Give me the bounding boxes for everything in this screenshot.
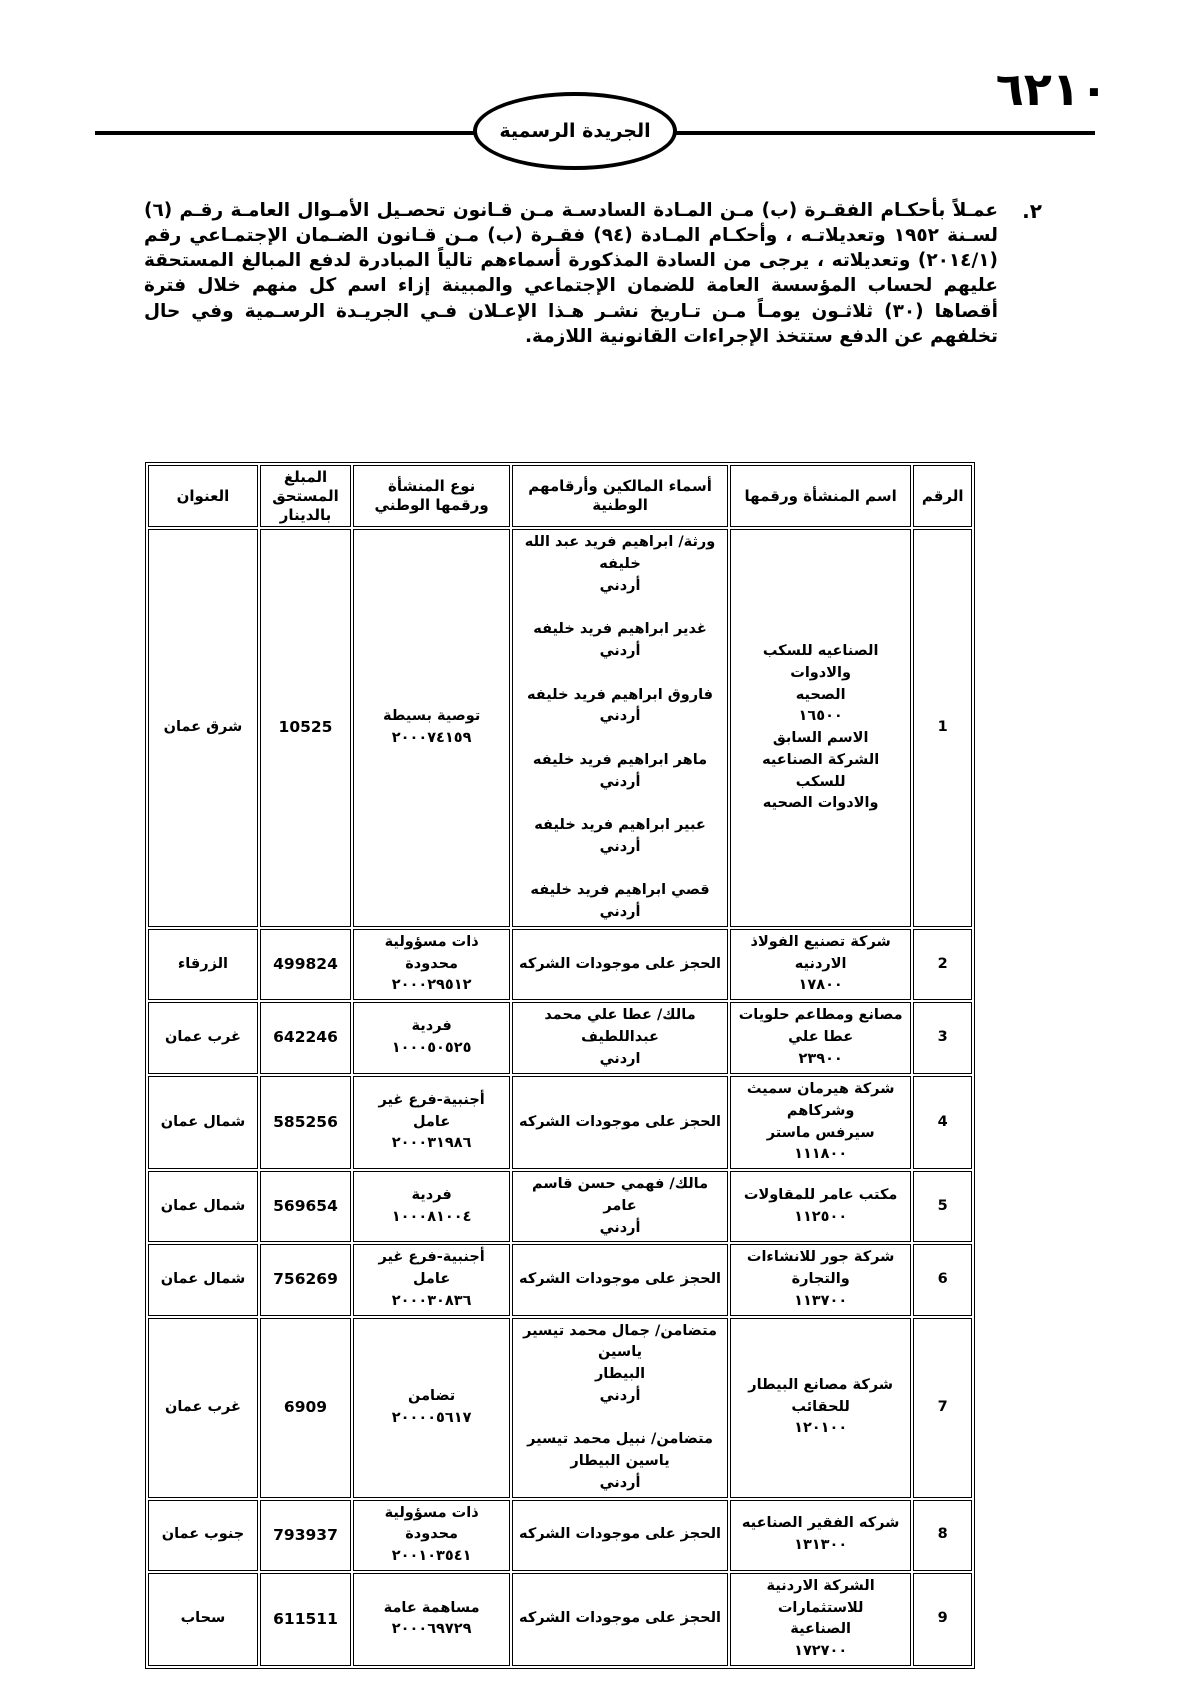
cell-address: شمال عمان [148,1076,258,1169]
cell-type: فردية ١٠٠٠٨١٠٠٤ [353,1171,510,1242]
col-header-number: الرقم [913,465,972,527]
cell-type: أجنبية-فرع غير عامل ٢٠٠٠٣١٩٨٦ [353,1076,510,1169]
cell-establishment: شركة جور للانشاءات والتجارة ١١٣٧٠٠ [730,1244,912,1315]
cell-address: شمال عمان [148,1171,258,1242]
cell-address: سحاب [148,1573,258,1666]
gazette-oval: الجريدة الرسمية [473,92,677,170]
table-row: 6 شركة جور للانشاءات والتجارة ١١٣٧٠٠ الح… [148,1244,972,1315]
cell-establishment: شركة تصنيع الفولاذ الاردنيه ١٧٨٠٠ [730,929,912,1000]
cell-number: 8 [913,1500,972,1571]
cell-owners: الحجز على موجودات الشركه [512,929,728,1000]
cell-number: 4 [913,1076,972,1169]
cell-establishment: مصانع ومطاعم حلويات عطا علي ٢٣٩٠٠ [730,1002,912,1074]
cell-owners: مالك/ عطا علي محمد عبداللطيف اردني [512,1002,728,1074]
cell-number: 2 [913,929,972,1000]
cell-number: 1 [913,529,972,927]
table-row: 2 شركة تصنيع الفولاذ الاردنيه ١٧٨٠٠ الحج… [148,929,972,1000]
cell-address: غرب عمان [148,1002,258,1074]
cell-owners: متضامن/ جمال محمد تيسير ياسين البيطار أر… [512,1318,728,1498]
cell-establishment: مكتب عامر للمقاولات ١١٢٥٠٠ [730,1171,912,1242]
notice-section: ٢. عمـلاً بأحكـام الفقـرة (ب) مـن المـاد… [144,198,1042,349]
table-row: 4 شركة هيرمان سميث وشركاهم سيرفس ماستر ١… [148,1076,972,1169]
cell-establishment: الصناعيه للسكب والادوات الصحيه ١٦٥٠٠ الا… [730,529,912,927]
cell-amount: 642246 [260,1002,351,1074]
cell-owners: ورثة/ ابراهيم فريد عبد الله خليفه أردني … [512,529,728,927]
cell-type: ذات مسؤولية محدودة ٢٠٠٠٢٩٥١٢ [353,929,510,1000]
table-header-row: الرقم اسم المنشأة ورقمها أسماء المالكين … [148,465,972,527]
cell-type: ذات مسؤولية محدودة ٢٠٠١٠٣٥٤١ [353,1500,510,1571]
cell-address: الزرقاء [148,929,258,1000]
table-row: 8 شركه الفقير الصناعيه ١٣١٣٠٠ الحجز على … [148,1500,972,1571]
col-header-amount: المبلغ المستحق بالدينار [260,465,351,527]
notice-paragraph: عمـلاً بأحكـام الفقـرة (ب) مـن المـادة ا… [144,198,998,349]
cell-establishment: الشركة الاردنية للاستثمارات الصناعية ١٧٢… [730,1573,912,1666]
col-header-establishment: اسم المنشأة ورقمها [730,465,912,527]
cell-establishment: شركة مصانع البيطار للحقائب ١٢٠١٠٠ [730,1318,912,1498]
cell-number: 3 [913,1002,972,1074]
cell-number: 6 [913,1244,972,1315]
cell-amount: 611511 [260,1573,351,1666]
table-row: 7 شركة مصانع البيطار للحقائب ١٢٠١٠٠ متضا… [148,1318,972,1498]
cell-amount: 6909 [260,1318,351,1498]
cell-amount: 756269 [260,1244,351,1315]
table-row: 9 الشركة الاردنية للاستثمارات الصناعية ١… [148,1573,972,1666]
debtors-table: الرقم اسم المنشأة ورقمها أسماء المالكين … [145,462,975,1669]
cell-address: غرب عمان [148,1318,258,1498]
cell-amount: 793937 [260,1500,351,1571]
cell-type: تضامن ٢٠٠٠٠٥٦١٧ [353,1318,510,1498]
cell-type: فردية ١٠٠٠٥٠٥٢٥ [353,1002,510,1074]
cell-amount: 10525 [260,529,351,927]
cell-owners: الحجز على موجودات الشركه [512,1500,728,1571]
col-header-address: العنوان [148,465,258,527]
col-header-owners: أسماء المالكين وأرقامهم الوطنية [512,465,728,527]
table-row: 5 مكتب عامر للمقاولات ١١٢٥٠٠ مالك/ فهمي … [148,1171,972,1242]
cell-address: شمال عمان [148,1244,258,1315]
cell-type: توصية بسيطة ٢٠٠٠٧٤١٥٩ [353,529,510,927]
cell-number: 5 [913,1171,972,1242]
table-row: 3 مصانع ومطاعم حلويات عطا علي ٢٣٩٠٠ مالك… [148,1002,972,1074]
notice-item-number: ٢. [1006,198,1042,349]
cell-owners: الحجز على موجودات الشركه [512,1244,728,1315]
cell-establishment: شركة هيرمان سميث وشركاهم سيرفس ماستر ١١١… [730,1076,912,1169]
cell-amount: 569654 [260,1171,351,1242]
cell-owners: الحجز على موجودات الشركه [512,1573,728,1666]
cell-type: مساهمة عامة ٢٠٠٠٦٩٧٢٩ [353,1573,510,1666]
gazette-page: { "page": { "number": "٦٢١٠", "gazette_l… [0,0,1190,1683]
cell-owners: الحجز على موجودات الشركه [512,1076,728,1169]
cell-establishment: شركه الفقير الصناعيه ١٣١٣٠٠ [730,1500,912,1571]
cell-number: 9 [913,1573,972,1666]
gazette-title: الجريدة الرسمية [499,120,650,142]
cell-owners: مالك/ فهمي حسن قاسم عامر أردني [512,1171,728,1242]
cell-address: شرق عمان [148,529,258,927]
cell-number: 7 [913,1318,972,1498]
cell-amount: 499824 [260,929,351,1000]
col-header-type: نوع المنشأة ورقمها الوطني [353,465,510,527]
page-number: ٦٢١٠ [996,66,1108,112]
cell-address: جنوب عمان [148,1500,258,1571]
cell-amount: 585256 [260,1076,351,1169]
cell-type: أجنبية-فرع غير عامل ٢٠٠٠٣٠٨٣٦ [353,1244,510,1315]
table-row: 1 الصناعيه للسكب والادوات الصحيه ١٦٥٠٠ ا… [148,529,972,927]
